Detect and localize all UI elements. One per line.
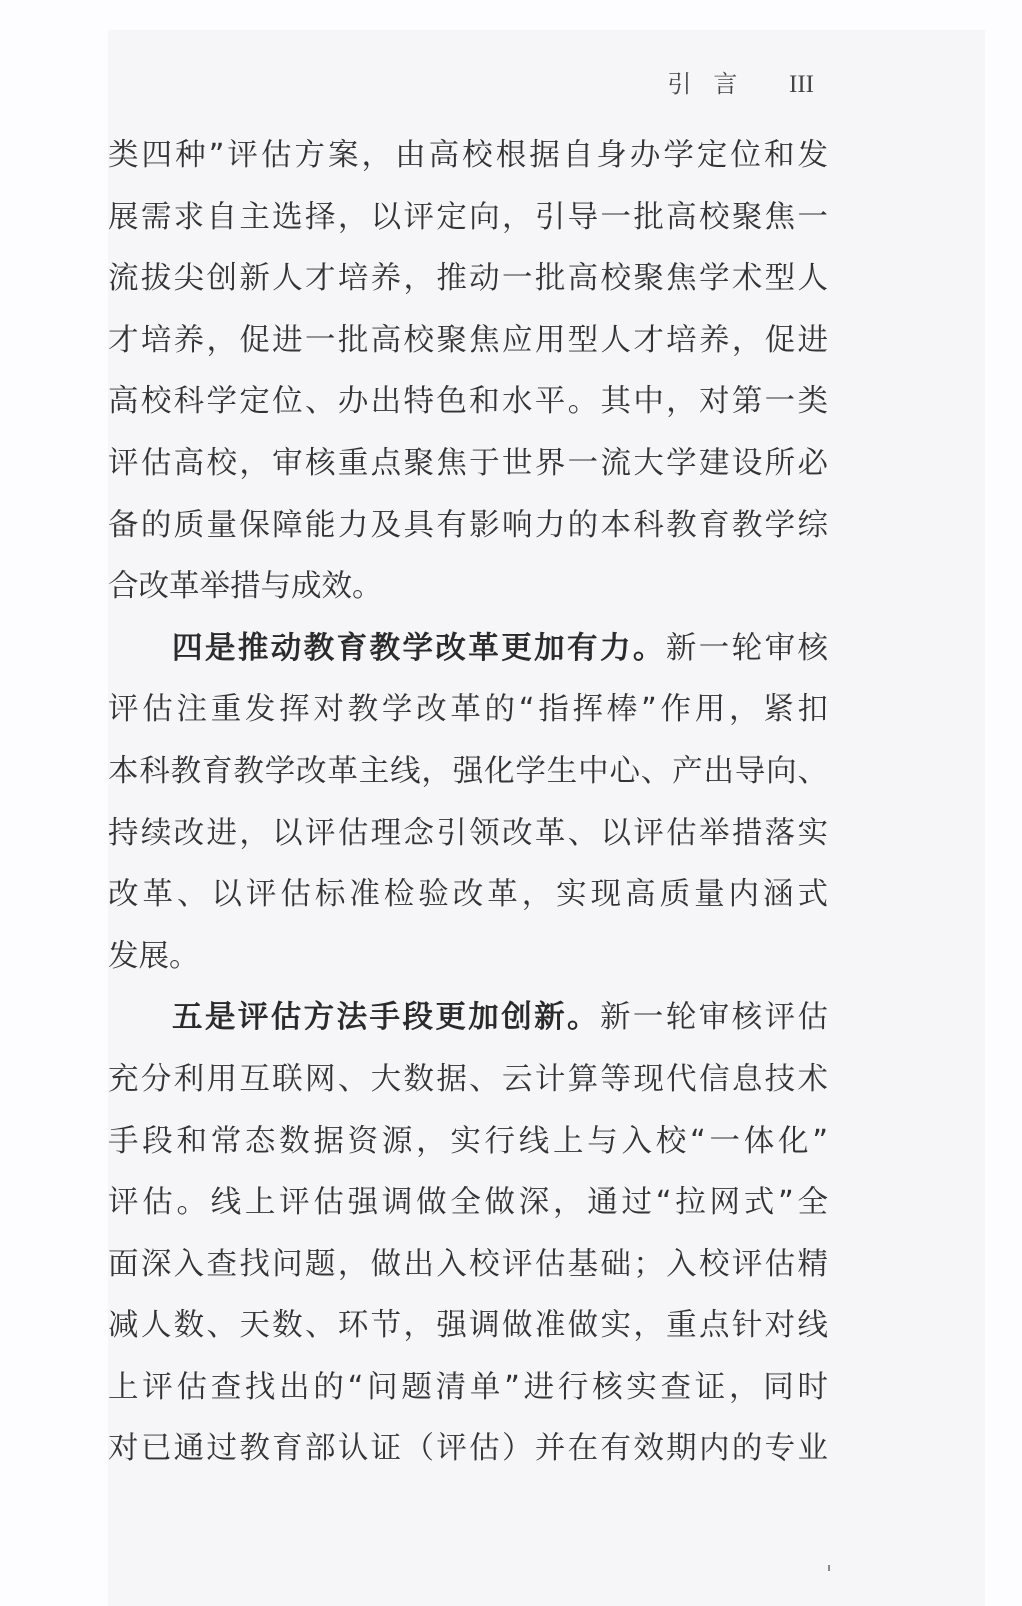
section-title: 引言 <box>667 70 759 98</box>
running-header: 引言 III <box>108 64 814 99</box>
text-line: 流拔尖创新人才培养，推动一批高校聚焦学术型人 <box>108 248 828 310</box>
text-line: 展需求自主选择，以评定向，引导一批高校聚焦一 <box>108 187 828 249</box>
paragraph-continued: 类四种”评估方案，由高校根据自身办学定位和发 展需求自主选择，以评定向，引导一批… <box>108 125 828 618</box>
paragraph-methods: 五是评估方法手段更加创新。新一轮审核评估 充分利用互联网、大数据、云计算等现代信… <box>108 987 828 1480</box>
page-number: III <box>789 71 814 98</box>
text-line-first: 四是推动教育教学改革更加有力。新一轮审核 <box>108 618 828 680</box>
text-line: 减人数、天数、环节，强调做准做实，重点针对线 <box>108 1295 828 1357</box>
text-line: 高校科学定位、办出特色和水平。其中，对第一类 <box>108 371 828 433</box>
text-line: 类四种”评估方案，由高校根据自身办学定位和发 <box>108 125 828 187</box>
text-line: 备的质量保障能力及具有影响力的本科教育教学综 <box>108 495 828 557</box>
text-line: 发展。 <box>108 926 828 988</box>
scan-speck <box>828 1565 830 1571</box>
text-fragment: 新一轮审核 <box>666 631 828 666</box>
text-line: 评估。线上评估强调做全做深，通过“拉网式”全 <box>108 1172 828 1234</box>
paragraph-lead: 四是推动教育教学改革更加有力。 <box>172 631 666 666</box>
text-line: 本科教育教学改革主线，强化学生中心、产出导向、 <box>108 741 828 803</box>
text-line: 评估高校，审核重点聚焦于世界一流大学建设所必 <box>108 433 828 495</box>
text-line: 合改革举措与成效。 <box>108 556 828 618</box>
text-line-first: 五是评估方法手段更加创新。新一轮审核评估 <box>108 987 828 1049</box>
text-line: 面深入查找问题，做出入校评估基础；入校评估精 <box>108 1234 828 1296</box>
text-line: 手段和常态数据资源，实行线上与入校“一体化” <box>108 1111 828 1173</box>
body-text: 类四种”评估方案，由高校根据自身办学定位和发 展需求自主选择，以评定向，引导一批… <box>108 125 828 1480</box>
text-fragment: 新一轮审核评估 <box>600 1000 828 1035</box>
text-line: 才培养，促进一批高校聚焦应用型人才培养，促进 <box>108 310 828 372</box>
book-page: 引言 III 类四种”评估方案，由高校根据自身办学定位和发 展需求自主选择，以评… <box>108 30 985 1606</box>
text-line: 对已通过教育部认证（评估）并在有效期内的专业 <box>108 1418 828 1480</box>
text-line: 改革、以评估标准检验改革，实现高质量内涵式 <box>108 864 828 926</box>
text-line: 充分利用互联网、大数据、云计算等现代信息技术 <box>108 1049 828 1111</box>
text-line: 评估注重发挥对教学改革的“指挥棒”作用，紧扣 <box>108 679 828 741</box>
text-line: 上评估查找出的“问题清单”进行核实查证，同时 <box>108 1357 828 1419</box>
text-line: 持续改进，以评估理念引领改革、以评估举措落实 <box>108 803 828 865</box>
paragraph-lead: 五是评估方法手段更加创新。 <box>172 1000 600 1035</box>
paragraph-reform: 四是推动教育教学改革更加有力。新一轮审核 评估注重发挥对教学改革的“指挥棒”作用… <box>108 618 828 988</box>
